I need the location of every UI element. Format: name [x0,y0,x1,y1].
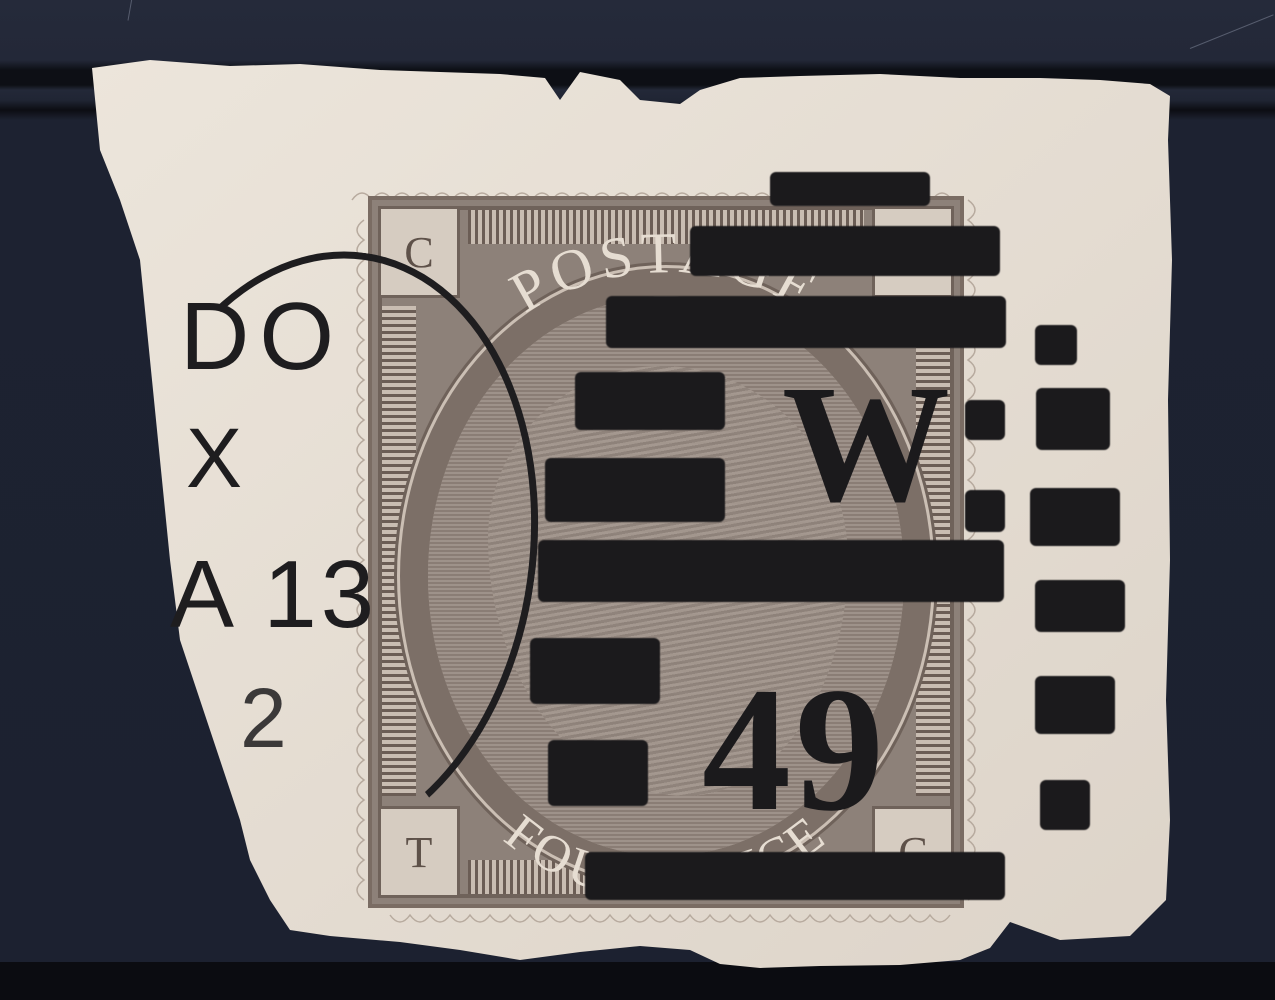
cancel-bar [965,490,1005,532]
cancel-bar [575,372,725,430]
datestamp-year: 2 [240,670,287,767]
datestamp-line: X [186,410,242,507]
cancel-bar [1036,388,1110,450]
cancel-bar [545,458,725,522]
cancel-bar [1035,580,1125,632]
cancel-bar [965,400,1005,440]
cancel-bar [1035,676,1115,734]
cancel-bar [538,540,1004,602]
cancel-bar [585,852,1005,900]
cancel-bar [770,172,930,206]
cancel-bar [1035,325,1077,365]
cancel-bar [530,638,660,704]
cancel-bar [548,740,648,806]
cancel-bar [1040,780,1090,830]
corner-letter: T [406,827,433,878]
datestamp-town: DO [180,282,344,392]
cancel-bar [1030,488,1120,546]
cancel-number: 49 [702,660,888,838]
datestamp-date: A 13 [170,540,378,650]
cancel-bar [606,296,1006,348]
cancel-letter: W [782,360,950,528]
cancel-bar [690,226,1000,276]
